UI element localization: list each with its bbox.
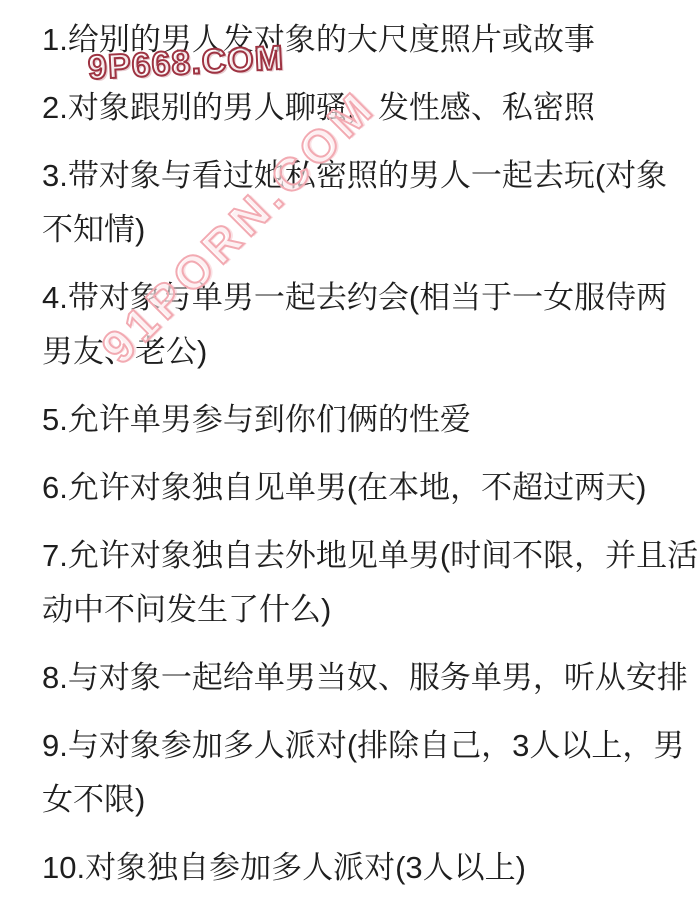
document-body: 1.给别的男人发对象的大尺度照片或故事 2.对象跟别的男人聊骚，发性感、私密照 … — [0, 0, 700, 895]
list-item-line: 3.带对象与看过她私密照的男人一起去玩(对象 — [42, 149, 670, 203]
list-item-2: 2.对象跟别的男人聊骚，发性感、私密照 — [42, 81, 670, 135]
list-item-line: 10.对象独自参加多人派对(3人以上) — [42, 841, 670, 895]
list-item-3: 3.带对象与看过她私密照的男人一起去玩(对象 不知情) — [42, 149, 670, 257]
list-item-10: 10.对象独自参加多人派对(3人以上) — [42, 841, 670, 895]
list-item-5: 5.允许单男参与到你们俩的性爱 — [42, 393, 670, 447]
list-item-8: 8.与对象一起给单男当奴、服务单男，听从安排 — [42, 651, 670, 705]
list-item-7: 7.允许对象独自去外地见单男(时间不限，并且活 动中不问发生了什么) — [42, 529, 670, 637]
list-item-line: 女不限) — [42, 773, 670, 827]
list-item-line: 不知情) — [42, 203, 670, 257]
list-item-1: 1.给别的男人发对象的大尺度照片或故事 — [42, 13, 670, 67]
list-item-line: 男友、老公) — [42, 325, 670, 379]
list-item-line: 7.允许对象独自去外地见单男(时间不限，并且活 — [42, 529, 670, 583]
list-item-4: 4.带对象与单男一起去约会(相当于一女服侍两 男友、老公) — [42, 271, 670, 379]
list-item-line: 1.给别的男人发对象的大尺度照片或故事 — [42, 13, 670, 67]
list-item-line: 5.允许单男参与到你们俩的性爱 — [42, 393, 670, 447]
list-item-9: 9.与对象参加多人派对(排除自己，3人以上，男 女不限) — [42, 719, 670, 827]
list-item-line: 2.对象跟别的男人聊骚，发性感、私密照 — [42, 81, 670, 135]
list-item-line: 8.与对象一起给单男当奴、服务单男，听从安排 — [42, 651, 670, 705]
list-item-line: 4.带对象与单男一起去约会(相当于一女服侍两 — [42, 271, 670, 325]
list-item-line: 动中不问发生了什么) — [42, 583, 670, 637]
list-item-line: 9.与对象参加多人派对(排除自己，3人以上，男 — [42, 719, 670, 773]
list-item-6: 6.允许对象独自见单男(在本地，不超过两天) — [42, 461, 670, 515]
list-item-line: 6.允许对象独自见单男(在本地，不超过两天) — [42, 461, 670, 515]
